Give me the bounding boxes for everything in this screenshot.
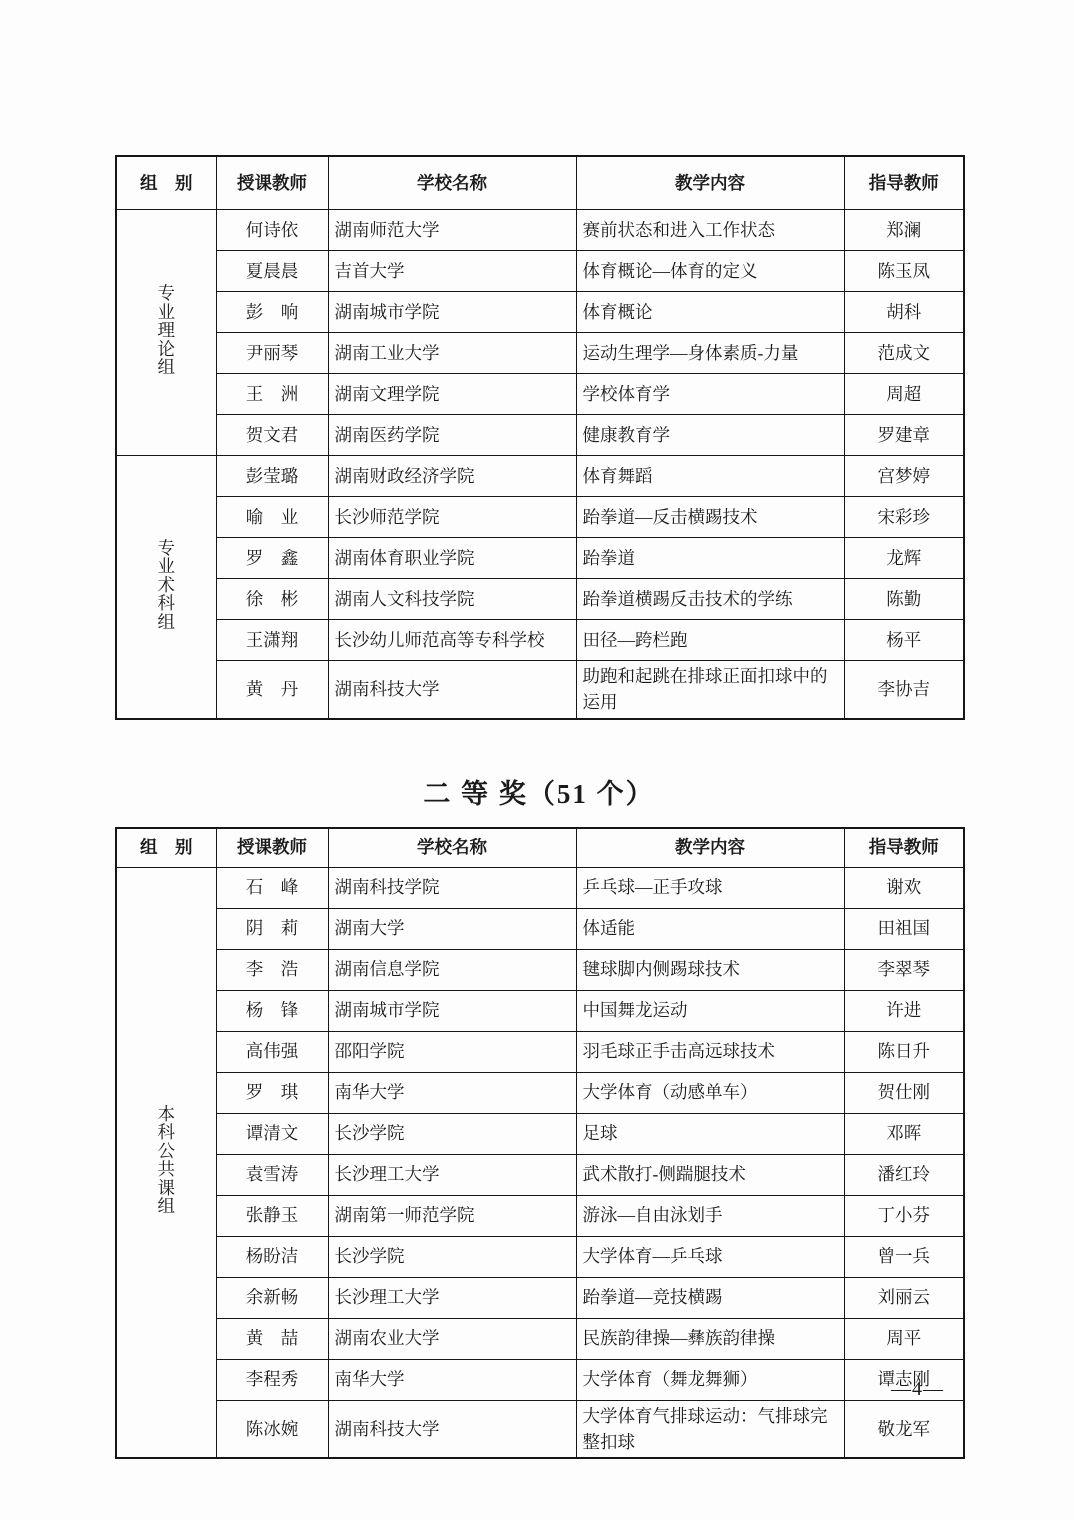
school-name: 湖南第一师范学院: [328, 1195, 576, 1236]
teaching-content: 羽毛球正手击高远球技术: [576, 1031, 844, 1072]
teaching-content: 游泳—自由泳划手: [576, 1195, 844, 1236]
school-name: 湖南信息学院: [328, 949, 576, 990]
teacher-name: 石 峰: [216, 867, 328, 908]
school-name: 湖南财政经济学院: [328, 456, 576, 497]
teaching-content: 大学体育气排球运动：气排球完整扣球: [576, 1400, 844, 1458]
teacher-name: 陈冰婉: [216, 1400, 328, 1458]
school-name: 湖南城市学院: [328, 292, 576, 333]
teaching-content: 赛前状态和进入工作状态: [576, 210, 844, 251]
teacher-name: 贺文君: [216, 415, 328, 456]
school-name: 湖南城市学院: [328, 990, 576, 1031]
teaching-content: 乒乓球—正手攻球: [576, 867, 844, 908]
table-row: 黄 喆 湖南农业大学 民族韵律操—彝族韵律操 周平: [116, 1318, 964, 1359]
teaching-content: 田径—跨栏跑: [576, 620, 844, 661]
teacher-name: 罗 琪: [216, 1072, 328, 1113]
group-label-cell: 专业理论组: [116, 210, 216, 456]
table-row: 张静玉 湖南第一师范学院 游泳—自由泳划手 丁小芬: [116, 1195, 964, 1236]
school-name: 长沙幼儿师范高等专科学校: [328, 620, 576, 661]
school-name: 湖南工业大学: [328, 333, 576, 374]
teacher-name: 彭莹璐: [216, 456, 328, 497]
teacher-name: 喻 业: [216, 497, 328, 538]
column-header-teacher: 授课教师: [216, 828, 328, 868]
group-label: 专业理论组: [155, 284, 177, 377]
table-row: 黄 丹 湖南科技大学 助跑和起跳在排球正面扣球中的运用 李协吉: [116, 661, 964, 719]
teaching-content: 中国舞龙运动: [576, 990, 844, 1031]
school-name: 湖南文理学院: [328, 374, 576, 415]
teaching-content: 体适能: [576, 908, 844, 949]
table-row: 喻 业 长沙师范学院 跆拳道—反击横踢技术 宋彩珍: [116, 497, 964, 538]
advisor-name: 丁小芬: [844, 1195, 964, 1236]
teaching-content: 跆拳道横踢反击技术的学练: [576, 579, 844, 620]
advisor-name: 罗建章: [844, 415, 964, 456]
advisor-name: 周超: [844, 374, 964, 415]
advisor-name: 邓晖: [844, 1113, 964, 1154]
teacher-name: 何诗依: [216, 210, 328, 251]
teacher-name: 王 洲: [216, 374, 328, 415]
school-name: 长沙理工大学: [328, 1277, 576, 1318]
teaching-content: 跆拳道—反击横踢技术: [576, 497, 844, 538]
school-name: 邵阳学院: [328, 1031, 576, 1072]
teaching-content: 体育舞蹈: [576, 456, 844, 497]
school-name: 南华大学: [328, 1072, 576, 1113]
teacher-name: 杨 锋: [216, 990, 328, 1031]
section-title: 二 等 奖（51 个）: [115, 720, 963, 827]
advisor-name: 陈玉凤: [844, 251, 964, 292]
teacher-name: 李程秀: [216, 1359, 328, 1400]
advisor-name: 李翠琴: [844, 949, 964, 990]
teacher-name: 李 浩: [216, 949, 328, 990]
advisor-name: 范成文: [844, 333, 964, 374]
teaching-content: 大学体育—乒乓球: [576, 1236, 844, 1277]
advisor-name: 许进: [844, 990, 964, 1031]
advisor-name: 贺仕刚: [844, 1072, 964, 1113]
advisor-name: 胡科: [844, 292, 964, 333]
table-row: 专业理论组 何诗依 湖南师范大学 赛前状态和进入工作状态 郑澜: [116, 210, 964, 251]
advisor-name: 宫梦婷: [844, 456, 964, 497]
advisor-name: 敬龙军: [844, 1400, 964, 1458]
table-row: 彭 响 湖南城市学院 体育概论 胡科: [116, 292, 964, 333]
teacher-name: 余新畅: [216, 1277, 328, 1318]
advisor-name: 宋彩珍: [844, 497, 964, 538]
advisor-name: 刘丽云: [844, 1277, 964, 1318]
school-name: 湖南科技大学: [328, 1400, 576, 1458]
column-header-school: 学校名称: [328, 828, 576, 868]
table-row: 本科公共课组 石 峰 湖南科技学院 乒乓球—正手攻球 谢欢: [116, 867, 964, 908]
teacher-name: 张静玉: [216, 1195, 328, 1236]
teaching-content: 体育概论: [576, 292, 844, 333]
school-name: 南华大学: [328, 1359, 576, 1400]
teacher-name: 杨盼洁: [216, 1236, 328, 1277]
teaching-content: 体育概论—体育的定义: [576, 251, 844, 292]
school-name: 湖南科技学院: [328, 867, 576, 908]
teacher-name: 罗 鑫: [216, 538, 328, 579]
teacher-name: 夏晨晨: [216, 251, 328, 292]
table-row: 王 洲 湖南文理学院 学校体育学 周超: [116, 374, 964, 415]
teacher-name: 徐 彬: [216, 579, 328, 620]
table-row: 谭清文 长沙学院 足球 邓晖: [116, 1113, 964, 1154]
advisor-name: 郑澜: [844, 210, 964, 251]
table-row: 王潇翔 长沙幼儿师范高等专科学校 田径—跨栏跑 杨平: [116, 620, 964, 661]
table-row: 杨 锋 湖南城市学院 中国舞龙运动 许进: [116, 990, 964, 1031]
teaching-content: 健康教育学: [576, 415, 844, 456]
teaching-content: 毽球脚内侧踢球技术: [576, 949, 844, 990]
table-row: 李 浩 湖南信息学院 毽球脚内侧踢球技术 李翠琴: [116, 949, 964, 990]
page-number: —4—: [891, 1378, 944, 1401]
table-header-row: 组 别 授课教师 学校名称 教学内容 指导教师: [116, 156, 964, 210]
group-label-cell: 专业术科组: [116, 456, 216, 719]
table-header-row: 组 别 授课教师 学校名称 教学内容 指导教师: [116, 828, 964, 868]
advisor-name: 周平: [844, 1318, 964, 1359]
column-header-group: 组 别: [116, 828, 216, 868]
school-name: 长沙学院: [328, 1236, 576, 1277]
school-name: 长沙理工大学: [328, 1154, 576, 1195]
teaching-content: 大学体育（舞龙舞狮）: [576, 1359, 844, 1400]
table-row: 尹丽琴 湖南工业大学 运动生理学—身体素质-力量 范成文: [116, 333, 964, 374]
table-row: 罗 琪 南华大学 大学体育（动感单车） 贺仕刚: [116, 1072, 964, 1113]
teaching-content: 助跑和起跳在排球正面扣球中的运用: [576, 661, 844, 719]
table-row: 余新畅 长沙理工大学 跆拳道—竞技横踢 刘丽云: [116, 1277, 964, 1318]
column-header-teacher: 授课教师: [216, 156, 328, 210]
advisor-name: 陈日升: [844, 1031, 964, 1072]
table-row: 罗 鑫 湖南体育职业学院 跆拳道 龙辉: [116, 538, 964, 579]
teacher-name: 尹丽琴: [216, 333, 328, 374]
school-name: 湖南师范大学: [328, 210, 576, 251]
award-table-2: 组 别 授课教师 学校名称 教学内容 指导教师 本科公共课组 石 峰 湖南科技学…: [115, 827, 965, 1460]
table-row: 李程秀 南华大学 大学体育（舞龙舞狮） 谭志刚: [116, 1359, 964, 1400]
teacher-name: 黄 喆: [216, 1318, 328, 1359]
teaching-content: 大学体育（动感单车）: [576, 1072, 844, 1113]
advisor-name: 田祖国: [844, 908, 964, 949]
advisor-name: 谢欢: [844, 867, 964, 908]
group-label: 本科公共课组: [155, 1105, 177, 1216]
advisor-name: 潘红玲: [844, 1154, 964, 1195]
teaching-content: 跆拳道—竞技横踢: [576, 1277, 844, 1318]
school-name: 长沙学院: [328, 1113, 576, 1154]
table-row: 杨盼洁 长沙学院 大学体育—乒乓球 曾一兵: [116, 1236, 964, 1277]
teaching-content: 跆拳道: [576, 538, 844, 579]
table-row: 贺文君 湖南医药学院 健康教育学 罗建章: [116, 415, 964, 456]
page-content: 组 别 授课教师 学校名称 教学内容 指导教师 专业理论组 何诗依 湖南师范大学…: [115, 155, 963, 1459]
column-header-advisor: 指导教师: [844, 828, 964, 868]
teaching-content: 武术散打-侧踹腿技术: [576, 1154, 844, 1195]
teaching-content: 足球: [576, 1113, 844, 1154]
table-row: 夏晨晨 吉首大学 体育概论—体育的定义 陈玉凤: [116, 251, 964, 292]
teacher-name: 高伟强: [216, 1031, 328, 1072]
teacher-name: 阴 莉: [216, 908, 328, 949]
school-name: 湖南大学: [328, 908, 576, 949]
column-header-school: 学校名称: [328, 156, 576, 210]
table-row: 陈冰婉 湖南科技大学 大学体育气排球运动：气排球完整扣球 敬龙军: [116, 1400, 964, 1458]
award-table-1: 组 别 授课教师 学校名称 教学内容 指导教师 专业理论组 何诗依 湖南师范大学…: [115, 155, 965, 720]
column-header-content: 教学内容: [576, 828, 844, 868]
table-row: 阴 莉 湖南大学 体适能 田祖国: [116, 908, 964, 949]
column-header-content: 教学内容: [576, 156, 844, 210]
advisor-name: 杨平: [844, 620, 964, 661]
advisor-name: 李协吉: [844, 661, 964, 719]
table-row: 徐 彬 湖南人文科技学院 跆拳道横踢反击技术的学练 陈勤: [116, 579, 964, 620]
table-row: 袁雪涛 长沙理工大学 武术散打-侧踹腿技术 潘红玲: [116, 1154, 964, 1195]
column-header-group: 组 别: [116, 156, 216, 210]
teacher-name: 袁雪涛: [216, 1154, 328, 1195]
teacher-name: 彭 响: [216, 292, 328, 333]
advisor-name: 陈勤: [844, 579, 964, 620]
school-name: 湖南医药学院: [328, 415, 576, 456]
column-header-advisor: 指导教师: [844, 156, 964, 210]
teacher-name: 黄 丹: [216, 661, 328, 719]
teaching-content: 民族韵律操—彝族韵律操: [576, 1318, 844, 1359]
advisor-name: 曾一兵: [844, 1236, 964, 1277]
teacher-name: 谭清文: [216, 1113, 328, 1154]
school-name: 吉首大学: [328, 251, 576, 292]
teaching-content: 运动生理学—身体素质-力量: [576, 333, 844, 374]
school-name: 湖南农业大学: [328, 1318, 576, 1359]
table-row: 高伟强 邵阳学院 羽毛球正手击高远球技术 陈日升: [116, 1031, 964, 1072]
teaching-content: 学校体育学: [576, 374, 844, 415]
school-name: 湖南人文科技学院: [328, 579, 576, 620]
school-name: 湖南科技大学: [328, 661, 576, 719]
table-row: 专业术科组 彭莹璐 湖南财政经济学院 体育舞蹈 宫梦婷: [116, 456, 964, 497]
teacher-name: 王潇翔: [216, 620, 328, 661]
school-name: 长沙师范学院: [328, 497, 576, 538]
group-label-cell: 本科公共课组: [116, 867, 216, 1458]
group-label: 专业术科组: [155, 539, 177, 632]
advisor-name: 龙辉: [844, 538, 964, 579]
school-name: 湖南体育职业学院: [328, 538, 576, 579]
